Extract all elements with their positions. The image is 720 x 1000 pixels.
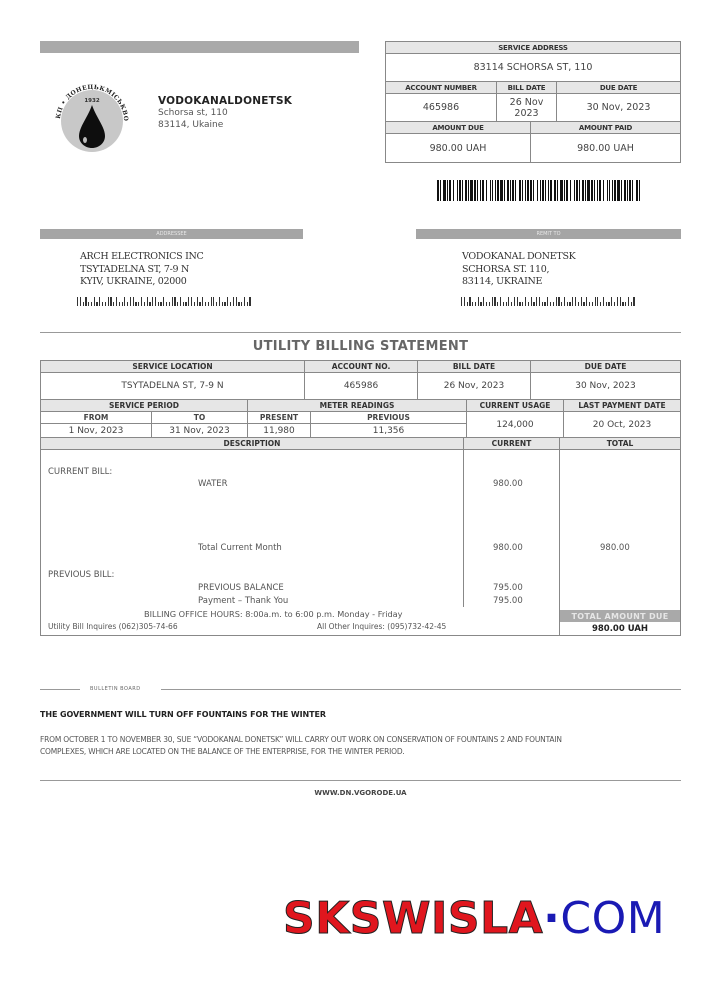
current-bill-label: CURRENT BILL: xyxy=(48,467,112,477)
amount-paid: 980.00 UAH xyxy=(530,134,680,162)
present-header: PRESENT xyxy=(248,412,310,423)
bill-date-year: 2023 xyxy=(514,108,538,119)
divider xyxy=(161,689,681,690)
water-label: WATER xyxy=(198,479,228,489)
service-address-label: SERVICE ADDRESS xyxy=(386,42,680,53)
postal-barcode xyxy=(461,296,636,306)
bulletin-headline: THE GOVERNMENT WILL TURN OFF FOUNTAINS F… xyxy=(40,710,326,719)
from-header: FROM xyxy=(41,412,151,423)
period-to: 31 Nov, 2023 xyxy=(152,424,247,437)
meter-readings-header: METER READINGS xyxy=(248,400,466,411)
water-amount: 980.00 xyxy=(493,479,523,489)
total-month-total: 980.00 xyxy=(600,543,630,553)
due-date: 30 Nov, 2023 xyxy=(556,94,680,121)
payment-amount: 795.00 xyxy=(493,596,523,606)
divider xyxy=(40,689,80,690)
svg-text:1932: 1932 xyxy=(84,98,99,104)
remit-to-address: VODOKANAL DONETSK SCHORSA ST. 110, 83114… xyxy=(462,251,575,289)
bill-date: 26 Nov, 2023 xyxy=(418,373,530,399)
account-no-header: ACCOUNT NO. xyxy=(305,361,417,372)
due-date-label: DUE DATE xyxy=(556,82,680,93)
company-name: VODOKANALDONETSK xyxy=(158,95,292,107)
previous-header: PREVIOUS xyxy=(311,412,466,423)
total-header: TOTAL xyxy=(560,438,680,449)
bill-date-header: BILL DATE xyxy=(418,361,530,372)
addressee-line: KYIV, UKRAINE, 02000 xyxy=(80,276,204,289)
previous-bill-label: PREVIOUS BILL: xyxy=(48,570,114,580)
total-month-current: 980.00 xyxy=(493,543,523,553)
description-header: DESCRIPTION xyxy=(41,438,463,449)
company-logo: КП • ДОНЕЦЬКМІСЬКВОДОКАНАЛ • 1932 xyxy=(50,77,134,161)
service-location-header: SERVICE LOCATION xyxy=(41,361,304,372)
amount-due-label: AMOUNT DUE xyxy=(386,122,530,133)
account-number: 465986 xyxy=(386,94,496,121)
addressee-label: ADDRESSEE xyxy=(40,229,303,239)
due-date-header: DUE DATE xyxy=(531,361,680,372)
divider xyxy=(40,332,681,333)
office-hours: BILLING OFFICE HOURS: 8:00a.m. to 6:00 p… xyxy=(144,609,403,619)
payment-label: Payment – Thank You xyxy=(198,596,288,606)
amount-paid-label: AMOUNT PAID xyxy=(530,122,680,133)
service-location: TSYTADELNA ST, 7-9 N xyxy=(41,373,304,399)
company-city: 83114, Ukaine xyxy=(158,119,292,131)
amount-due: 980.00 UAH xyxy=(386,134,530,162)
header-bar xyxy=(40,41,359,53)
period-from: 1 Nov, 2023 xyxy=(41,424,151,437)
due-date: 30 Nov, 2023 xyxy=(531,373,680,399)
last-payment-date-header: LAST PAYMENT DATE xyxy=(564,400,680,411)
bill-date: 26 Nov 2023 xyxy=(496,94,556,121)
previous-balance-label: PREVIOUS BALANCE xyxy=(198,583,284,593)
postal-barcode xyxy=(77,296,252,306)
service-address: 83114 SCHORSA ST, 110 xyxy=(386,54,680,81)
service-period-header: SERVICE PERIOD xyxy=(41,400,247,411)
total-amount-due: 980.00 UAH xyxy=(560,623,680,635)
total-amount-due-label: TOTAL AMOUNT DUE xyxy=(560,610,680,622)
divider xyxy=(40,780,681,781)
addressee-line: ARCH ELECTRONICS INC xyxy=(80,251,204,264)
other-inquiries: All Other Inquires: (095)732-42-45 xyxy=(317,622,446,631)
remit-to-line: VODOKANAL DONETSK xyxy=(462,251,575,264)
bulletin-label: BULLETIN BOARD xyxy=(90,686,141,692)
watermark-part2: COM xyxy=(560,893,665,944)
meter-present: 11,980 xyxy=(248,424,310,437)
current-header: CURRENT xyxy=(464,438,559,449)
addressee-address: ARCH ELECTRONICS INC TSYTADELNA ST, 7-9 … xyxy=(80,251,204,289)
bulletin-body: FROM OCTOBER 1 TO NOVEMBER 30, SUE “VODO… xyxy=(40,734,570,758)
watermark-part1: SKSWISLA xyxy=(283,893,543,944)
remit-to-label: REMIT TO xyxy=(416,229,681,239)
bill-date-day: 26 Nov xyxy=(510,97,544,108)
bill-date-label: BILL DATE xyxy=(496,82,556,93)
meter-previous: 11,356 xyxy=(311,424,466,437)
company-street: Schorsa st, 110 xyxy=(158,107,292,119)
company-info: VODOKANALDONETSK Schorsa st, 110 83114, … xyxy=(158,95,292,131)
remit-to-line: 83114, UKRAINE xyxy=(462,276,575,289)
last-payment-date: 20 Oct, 2023 xyxy=(564,412,680,437)
addressee-line: TSYTADELNA ST, 7-9 N xyxy=(80,264,204,277)
account-number-label: ACCOUNT NUMBER xyxy=(386,82,496,93)
website-link[interactable]: WWW.DN.VGORODE.UA xyxy=(40,789,681,797)
watermark-dot: · xyxy=(543,893,560,944)
account-summary: SERVICE ADDRESS 83114 SCHORSA ST, 110 AC… xyxy=(385,41,681,163)
statement-title: UTILITY BILLING STATEMENT xyxy=(40,339,681,354)
water-drop-icon: КП • ДОНЕЦЬКМІСЬКВОДОКАНАЛ • 1932 xyxy=(50,77,134,161)
watermark: SKSWISLA·COM xyxy=(283,893,665,944)
barcode xyxy=(437,180,640,201)
previous-balance: 795.00 xyxy=(493,583,523,593)
current-usage: 124,000 xyxy=(467,412,563,437)
to-header: TO xyxy=(152,412,247,423)
total-month-label: Total Current Month xyxy=(198,543,282,553)
current-usage-header: CURRENT USAGE xyxy=(467,400,563,411)
utility-inquiries: Utility Bill Inquires (062)305-74-66 xyxy=(48,622,178,631)
remit-to-line: SCHORSA ST. 110, xyxy=(462,264,575,277)
account-no: 465986 xyxy=(305,373,417,399)
billing-statement-table: SERVICE LOCATION ACCOUNT NO. BILL DATE D… xyxy=(40,360,681,636)
